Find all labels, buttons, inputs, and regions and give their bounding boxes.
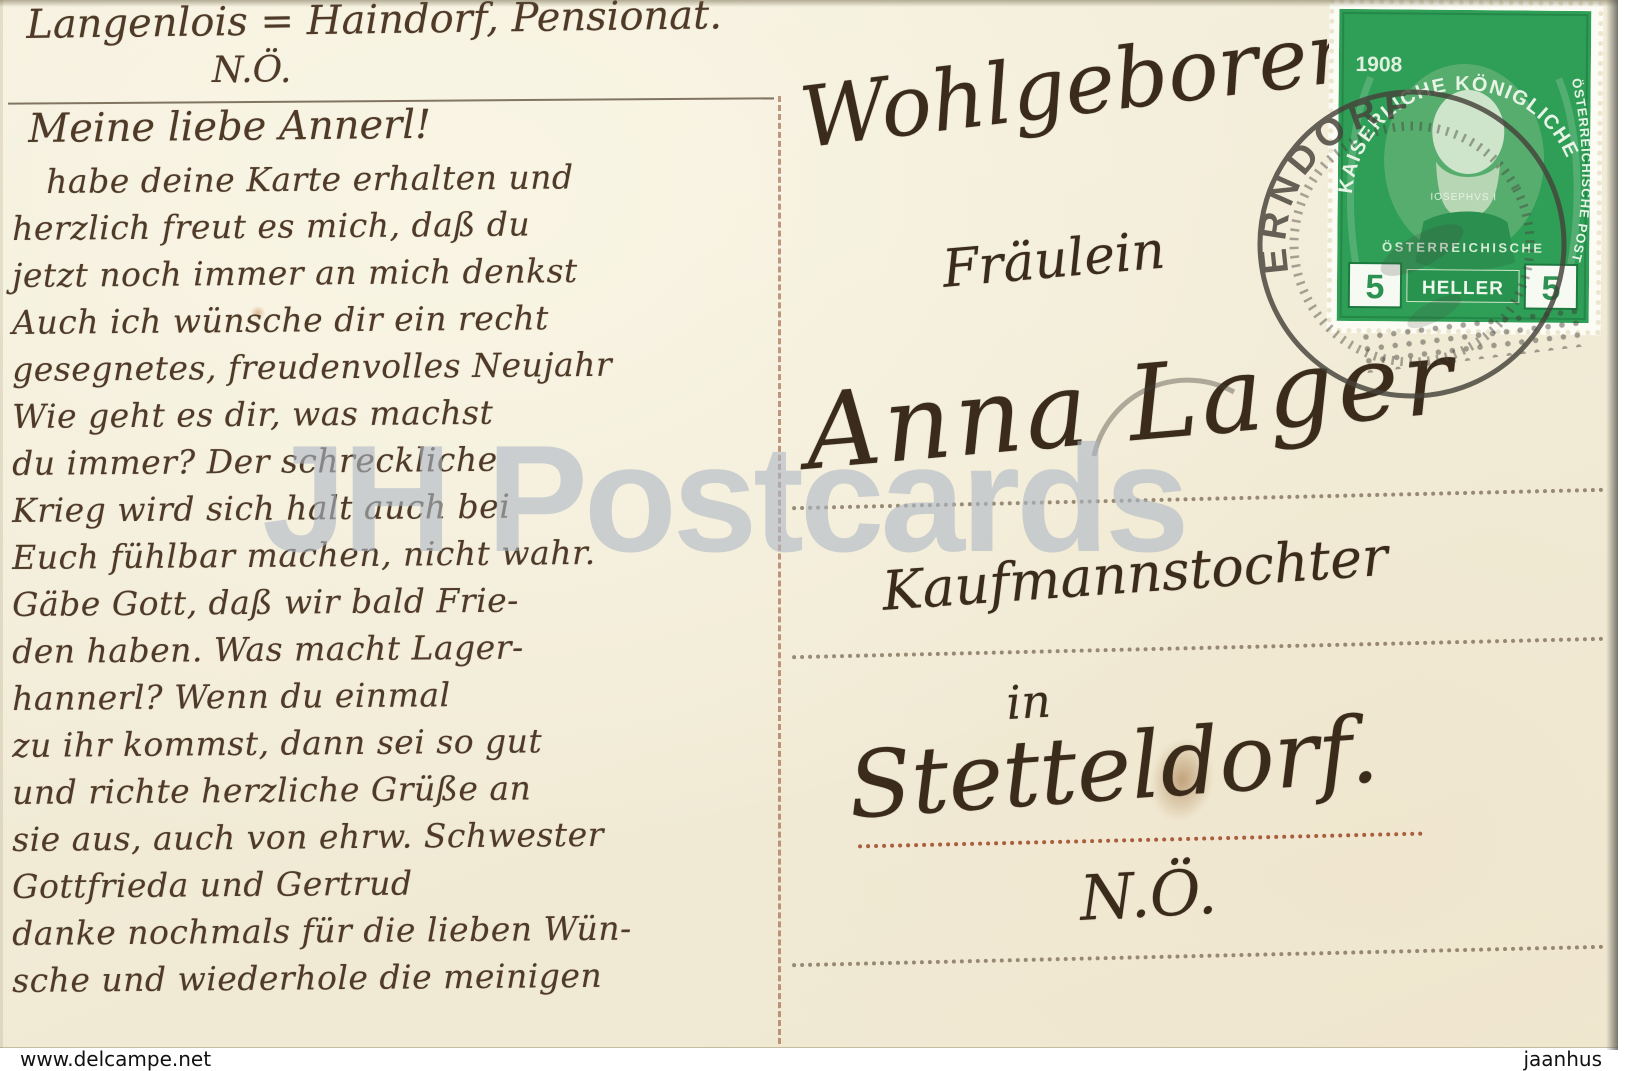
footer-strip: www.delcampe.net jaanhus bbox=[0, 1048, 1618, 1071]
message-line: habe deine Karte erhalten und bbox=[46, 156, 776, 209]
footer-left-text: www.delcampe.net bbox=[20, 1048, 211, 1071]
postcard: Langenlois = Haindorf, Pensionat. N.Ö. M… bbox=[0, 0, 1618, 1050]
address-town: Stetteldorf. bbox=[845, 696, 1382, 840]
message-line: sie aus, auch von ehrw. Schwester bbox=[12, 813, 776, 867]
address-dotted-line bbox=[792, 637, 1604, 659]
address-title: Fräulein bbox=[940, 221, 1167, 300]
message-line: Gäbe Gott, daß wir bald Frie- bbox=[12, 578, 776, 632]
message-line: zu ihr kommst, dann sei so gut bbox=[12, 719, 776, 773]
message-line: sche und wiederhole die meinigen bbox=[12, 954, 776, 1008]
message-line: gesegnetes, freudenvolles Neujahr bbox=[12, 343, 776, 397]
scan-background: Langenlois = Haindorf, Pensionat. N.Ö. M… bbox=[0, 0, 1625, 1071]
footer-right-text: jaanhus bbox=[1523, 1048, 1602, 1071]
message-line: hannerl? Wenn du einmal bbox=[12, 672, 776, 726]
message-line: den haben. Was macht Lager- bbox=[12, 625, 776, 679]
address-dotted-line bbox=[858, 832, 1423, 849]
message-line: Gottfrieda und Gertrud bbox=[12, 860, 776, 914]
message-line: danke nochmals für die lieben Wün- bbox=[12, 907, 776, 961]
header-location: Langenlois = Haindorf, Pensionat. bbox=[26, 0, 722, 48]
message-line: und richte herzliche Grüße an bbox=[12, 766, 776, 820]
watermark: JH Postcards bbox=[262, 420, 1186, 580]
message-body: habe deine Karte erhalten und herzlich f… bbox=[12, 162, 776, 1008]
address-dotted-line bbox=[792, 945, 1604, 967]
address-region: N.Ö. bbox=[1078, 855, 1219, 935]
message-line: herzlich freut es mich, daß du bbox=[12, 202, 776, 256]
message-line: jetzt noch immer an mich denkst bbox=[12, 249, 776, 303]
message-salutation: Meine liebe Annerl! bbox=[28, 102, 431, 152]
message-line: Auch ich wünsche dir ein recht bbox=[12, 296, 776, 350]
header-region: N.Ö. bbox=[212, 50, 292, 91]
